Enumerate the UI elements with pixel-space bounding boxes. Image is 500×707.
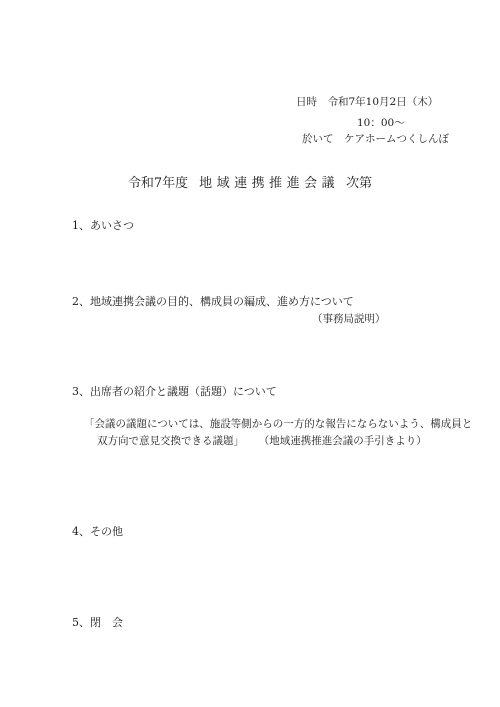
agenda-item-4: 4、その他 [72, 525, 123, 538]
agenda-item-5-number: 5、 [72, 616, 90, 629]
agenda-quote-line2: 双方向で意見交換できる議題」（地域連携推進会議の手引きより） [97, 435, 427, 448]
agenda-item-4-number: 4、 [72, 525, 90, 538]
agenda-item-3: 3、出席者の紹介と議題（話題）について [72, 385, 277, 398]
agenda-item-4-text: その他 [90, 525, 123, 538]
meeting-start-time: 10：00～ [357, 117, 405, 130]
document-page: 日時 令和7年10月2日（木） 10：00～ 於いて ケアホームつくしんぼ 令和… [0, 0, 500, 707]
agenda-item-5: 5、閉 会 [72, 616, 123, 629]
agenda-quote-line1: 「会議の議題については、施設等側からの一方的な報告にならないよう、構成員と [84, 418, 472, 431]
agenda-item-5-text: 閉 会 [90, 616, 123, 629]
agenda-item-2-text: 地域連携会議の目的、構成員の編成、進め方について [90, 295, 354, 308]
agenda-item-3-number: 3、 [72, 385, 90, 398]
meeting-venue: 於いて ケアホームつくしんぼ [302, 133, 449, 146]
agenda-item-3-text: 出席者の紹介と議題（話題）について [90, 385, 277, 398]
document-title: 令和7年度地域連携推進会議次第 [0, 176, 500, 192]
title-fiscal-year: 令和7年度 [128, 176, 188, 191]
agenda-item-2-note: （事務局説明） [312, 313, 386, 326]
agenda-item-2-number: 2、 [72, 295, 90, 308]
title-suffix: 次第 [346, 176, 372, 191]
agenda-item-2: 2、地域連携会議の目的、構成員の編成、進め方について [72, 295, 354, 308]
agenda-quote-source: （地域連携推進会議の手引きより） [264, 435, 427, 447]
agenda-quote-line2-text: 双方向で意見交換できる議題」 [97, 435, 244, 447]
agenda-item-1-text: あいさつ [90, 219, 134, 232]
meeting-datetime: 日時 令和7年10月2日（木） [296, 96, 438, 109]
title-main: 地域連携推進会議 [199, 176, 339, 191]
agenda-item-1: 1、あいさつ [72, 219, 134, 232]
agenda-item-1-number: 1、 [72, 219, 90, 232]
